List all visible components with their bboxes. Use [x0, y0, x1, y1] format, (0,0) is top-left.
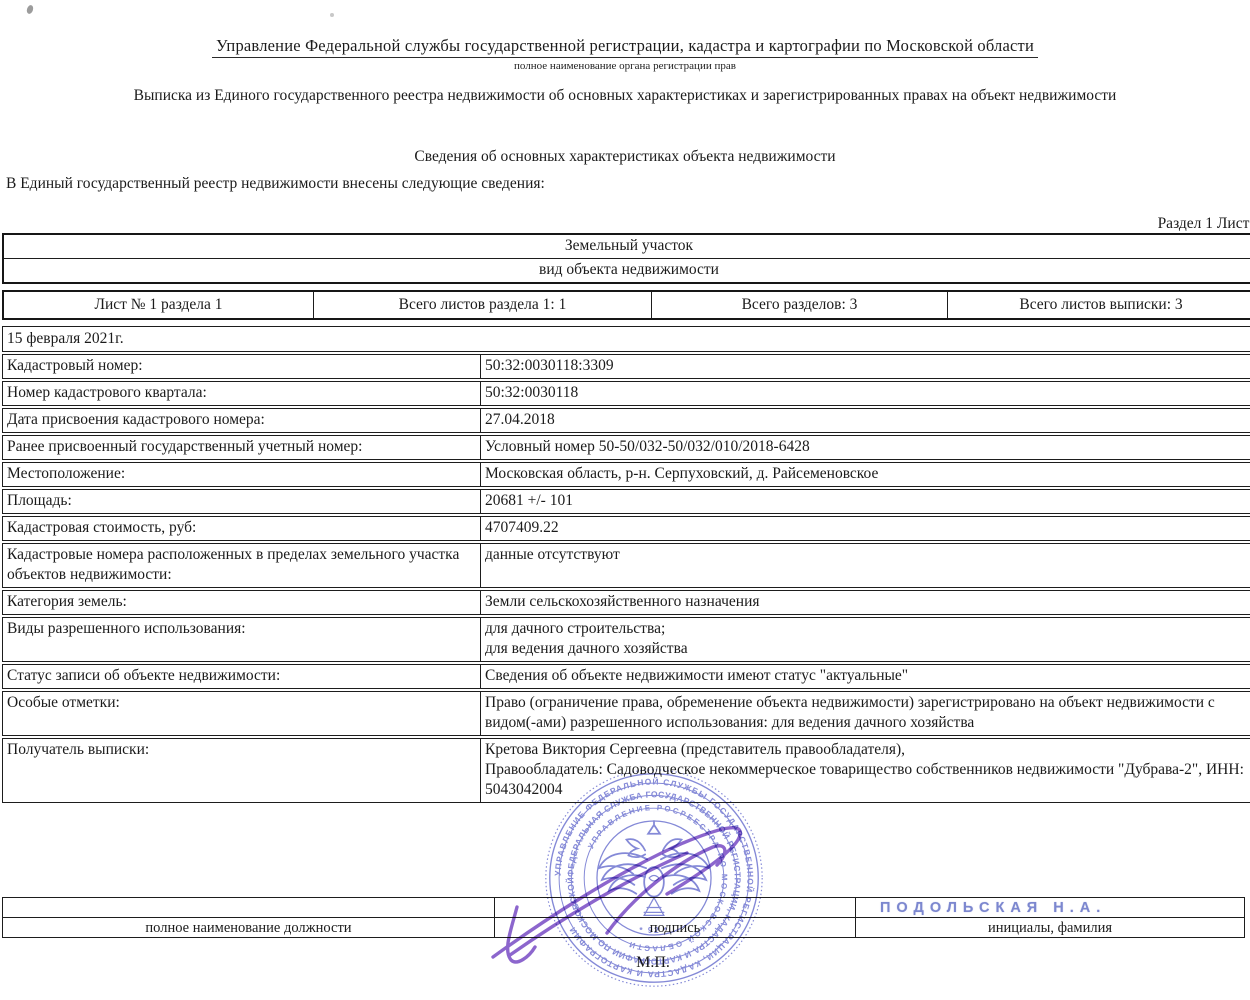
- table-row: Виды разрешенного использования: для дач…: [2, 617, 1250, 662]
- position-value-cell: [3, 898, 495, 918]
- table-row: Дата присвоения кадастрового номера: 27.…: [2, 408, 1250, 433]
- row-label: Виды разрешенного использования:: [2, 617, 480, 662]
- position-caption: полное наименование должности: [3, 918, 495, 938]
- scanned-document-page: { "header": { "org_name": "Управление Фе…: [0, 0, 1250, 1000]
- sheets-in-section: Всего листов раздела 1: 1: [314, 291, 652, 319]
- row-value: 20681 +/- 101: [480, 489, 1250, 514]
- row-label: Кадастровые номера расположенных в преде…: [2, 543, 480, 588]
- table-row: Категория земель: Земли сельскохозяйстве…: [2, 590, 1250, 615]
- signature-value-cell: [495, 898, 856, 918]
- row-value: Сведения об объекте недвижимости имеют с…: [480, 664, 1250, 689]
- row-value: Земли сельскохозяйственного назначения: [480, 590, 1250, 615]
- row-label: Дата присвоения кадастрового номера:: [2, 408, 480, 433]
- total-sheets: Всего листов выписки: 3: [948, 291, 1250, 319]
- row-value: 4707409.22: [480, 516, 1250, 541]
- registration-authority-caption: полное наименование органа регистрации п…: [0, 60, 1250, 72]
- sheet-info-table: Лист № 1 раздела 1 Всего листов раздела …: [2, 290, 1250, 320]
- table-row: Ранее присвоенный государственный учетны…: [2, 435, 1250, 460]
- document-header: Управление Федеральной службы государств…: [0, 0, 1250, 105]
- table-row: Номер кадастрового квартала: 50:32:00301…: [2, 381, 1250, 406]
- registration-authority-name: Управление Федеральной службы государств…: [212, 36, 1038, 58]
- table-row: Получатель выписки: Кретова Виктория Сер…: [2, 738, 1250, 803]
- row-label: Особые отметки:: [2, 691, 480, 736]
- signature-row-values: ПОДОЛЬСКАЯ Н.А.: [3, 898, 1245, 918]
- document-title: Выписка из Единого государственного реес…: [0, 87, 1250, 105]
- facsimile-name-stamp: ПОДОЛЬСКАЯ Н.А.: [856, 898, 1245, 918]
- row-value: для дачного строительства; для ведения д…: [480, 617, 1250, 662]
- row-label: Получатель выписки:: [2, 738, 480, 803]
- signature-caption: подпись: [495, 918, 856, 938]
- row-value: данные отсутствуют: [480, 543, 1250, 588]
- seal-ring-outer-text: УПРАВЛЕНИЕ ФЕДЕРАЛЬНОЙ СЛУЖБЫ ГОСУДАРСТВ…: [553, 776, 757, 980]
- attributes-table: Кадастровый номер: 50:32:0030118:3309 Но…: [2, 352, 1250, 805]
- row-label: Статус записи об объекте недвижимости:: [2, 664, 480, 689]
- date-table: 15 февраля 2021г.: [2, 326, 1250, 352]
- signature-row-captions: полное наименование должности подпись ин…: [3, 918, 1245, 938]
- row-value: 50:32:0030118: [480, 381, 1250, 406]
- row-label: Ранее присвоенный государственный учетны…: [2, 435, 480, 460]
- svg-text:УПРАВЛЕНИЕ ФЕДЕРАЛЬНОЙ СЛУЖБЫ: УПРАВЛЕНИЕ ФЕДЕРАЛЬНОЙ СЛУЖБЫ ГОСУДАРСТВ…: [553, 776, 757, 980]
- extract-date: 15 февраля 2021г.: [3, 327, 1250, 352]
- row-label: Местоположение:: [2, 462, 480, 487]
- handwritten-signature: [455, 795, 805, 980]
- row-value: Московская область, р-н. Серпуховский, д…: [480, 462, 1250, 487]
- row-label: Площадь:: [2, 489, 480, 514]
- sheet-number: Лист № 1 раздела 1: [3, 291, 314, 319]
- row-label: Кадастровая стоимость, руб:: [2, 516, 480, 541]
- table-row: Кадастровый номер: 50:32:0030118:3309: [2, 354, 1250, 379]
- table-row: Особые отметки: Право (ограничение права…: [2, 691, 1250, 736]
- table-row: Местоположение: Московская область, р-н.…: [2, 462, 1250, 487]
- table-row: Статус записи об объекте недвижимости: С…: [2, 664, 1250, 689]
- row-value: Право (ограничение права, обременение об…: [480, 691, 1250, 736]
- name-caption: инициалы, фамилия: [856, 918, 1245, 938]
- table-row: Кадастровые номера расположенных в преде…: [2, 543, 1250, 588]
- intro-line: В Единый государственный реестр недвижим…: [0, 175, 1250, 193]
- row-value: Кретова Виктория Сергеевна (представител…: [480, 738, 1250, 803]
- object-type-table: Земельный участок вид объекта недвижимос…: [2, 233, 1250, 284]
- main-table-area: Земельный участок вид объекта недвижимос…: [2, 233, 1250, 805]
- object-type: Земельный участок: [3, 234, 1250, 259]
- row-value: Условный номер 50-50/032-50/032/010/2018…: [480, 435, 1250, 460]
- object-type-caption: вид объекта недвижимости: [3, 259, 1250, 284]
- table-row: Площадь: 20681 +/- 101: [2, 489, 1250, 514]
- section-sheet-label: Раздел 1 Лист 1: [1158, 215, 1250, 233]
- row-label: Номер кадастрового квартала:: [2, 381, 480, 406]
- seal-place-label: М.П.: [598, 954, 708, 972]
- scan-artifact: [330, 13, 334, 17]
- signature-table: ПОДОЛЬСКАЯ Н.А. полное наименование долж…: [2, 897, 1245, 938]
- row-value: 50:32:0030118:3309: [480, 354, 1250, 379]
- section-title: Сведения об основных характеристиках объ…: [0, 148, 1250, 166]
- row-label: Категория земель:: [2, 590, 480, 615]
- row-label: Кадастровый номер:: [2, 354, 480, 379]
- table-row: Кадастровая стоимость, руб: 4707409.22: [2, 516, 1250, 541]
- row-value: 27.04.2018: [480, 408, 1250, 433]
- total-sections: Всего разделов: 3: [652, 291, 948, 319]
